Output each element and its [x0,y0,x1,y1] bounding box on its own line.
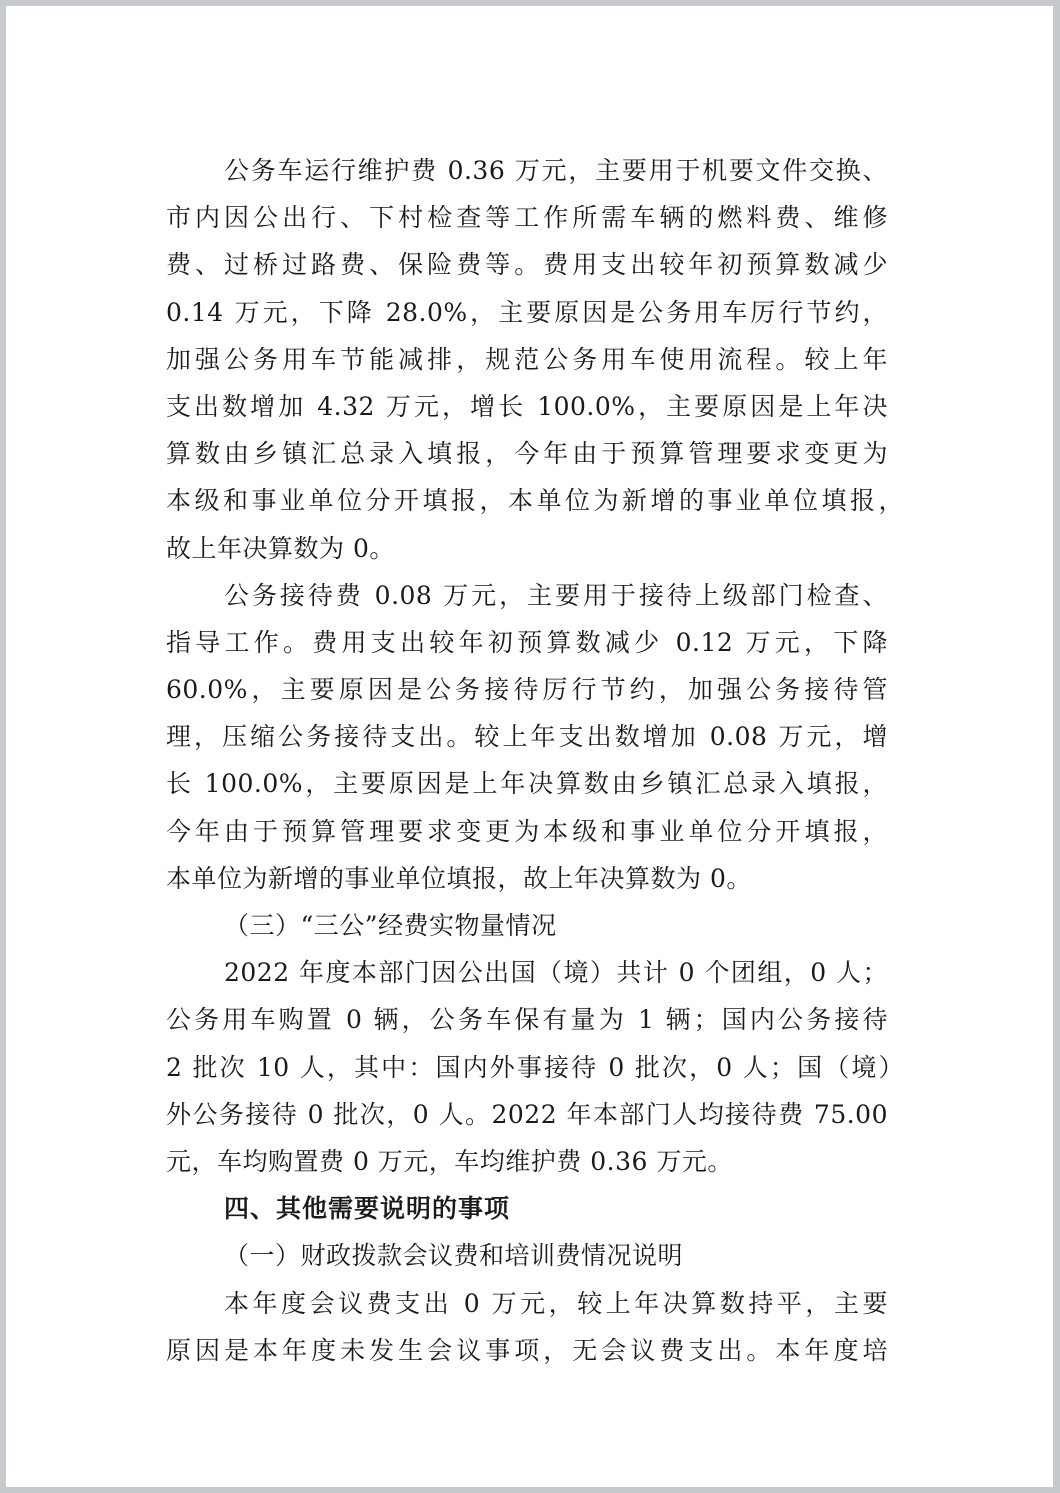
text-line: 本单位为新增的事业单位填报，故上年决算数为 0。 [166,855,888,902]
text-line: 本级和事业单位分开填报，本单位为新增的事业单位填报， [166,477,904,524]
subheading-three-public-quantity: （三）“三公”经费实物量情况 [166,902,888,949]
text-line: 公务用车购置 0 辆，公务车保有量为 1 辆；国内公务接待 [166,996,888,1043]
text-line: 原因是本年度未发生会议事项，无会议费支出。本年度培 [166,1327,888,1374]
text-line: 2022 年度本部门因公出国（境）共计 0 个团组，0 人； [166,949,888,996]
text-line: 0.14 万元，下降 28.0%，主要原因是公务用车厉行节约， [166,289,888,336]
text-line: 费、过桥过路费、保险费等。费用支出较年初预算数减少 [166,241,888,288]
section-heading-other-matters: 四、其他需要说明的事项 [166,1185,888,1232]
text-line: 公务接待费 0.08 万元，主要用于接待上级部门检查、 [166,572,888,619]
paragraph-official-reception: 公务接待费 0.08 万元，主要用于接待上级部门检查、 指导工作。费用支出较年初… [166,572,888,902]
text-line: 60.0%，主要原因是公务接待厉行节约，加强公务接待管 [166,666,888,713]
paragraph-meeting-fees: 本年度会议费支出 0 万元，较上年决算数持平，主要 原因是本年度未发生会议事项，… [166,1280,888,1374]
text-line: 2 批次 10 人，其中：国内外事接待 0 批次，0 人；国（境） [166,1044,904,1091]
document-body: 公务车运行维护费 0.36 万元，主要用于机要文件交换、 市内因公出行、下村检查… [166,147,888,1374]
text-line: 今年由于预算管理要求变更为本级和事业单位分开填报， [166,808,888,855]
text-line: 指导工作。费用支出较年初预算数减少 0.12 万元，下降 [166,619,888,666]
text-line: 支出数增加 4.32 万元，增长 100.0%，主要原因是上年决 [166,383,888,430]
text-line: 本年度会议费支出 0 万元，较上年决算数持平，主要 [166,1280,888,1327]
text-line: 长 100.0%，主要原因是上年决算数由乡镇汇总录入填报， [166,760,888,807]
text-line: 故上年决算数为 0。 [166,525,888,572]
text-line: 市内因公出行、下村检查等工作所需车辆的燃料费、维修 [166,194,888,241]
text-line: 元，车均购置费 0 万元，车均维护费 0.36 万元。 [166,1138,888,1185]
text-line: 公务车运行维护费 0.36 万元，主要用于机要文件交换、 [166,147,888,194]
text-line: 加强公务用车节能减排，规范公务用车使用流程。较上年 [166,336,888,383]
paragraph-vehicle-maintenance: 公务车运行维护费 0.36 万元，主要用于机要文件交换、 市内因公出行、下村检查… [166,147,888,572]
text-line: 理，压缩公务接待支出。较上年支出数增加 0.08 万元，增 [166,713,888,760]
paragraph-physical-quantities: 2022 年度本部门因公出国（境）共计 0 个团组，0 人； 公务用车购置 0 … [166,949,888,1185]
subheading-meeting-training-fees: （一）财政拨款会议费和培训费情况说明 [166,1232,888,1279]
text-line: 外公务接待 0 批次，0 人。2022 年本部门人均接待费 75.00 [166,1091,888,1138]
document-page: 公务车运行维护费 0.36 万元，主要用于机要文件交换、 市内因公出行、下村检查… [6,6,1053,1487]
text-line: 算数由乡镇汇总录入填报，今年由于预算管理要求变更为 [166,430,888,477]
